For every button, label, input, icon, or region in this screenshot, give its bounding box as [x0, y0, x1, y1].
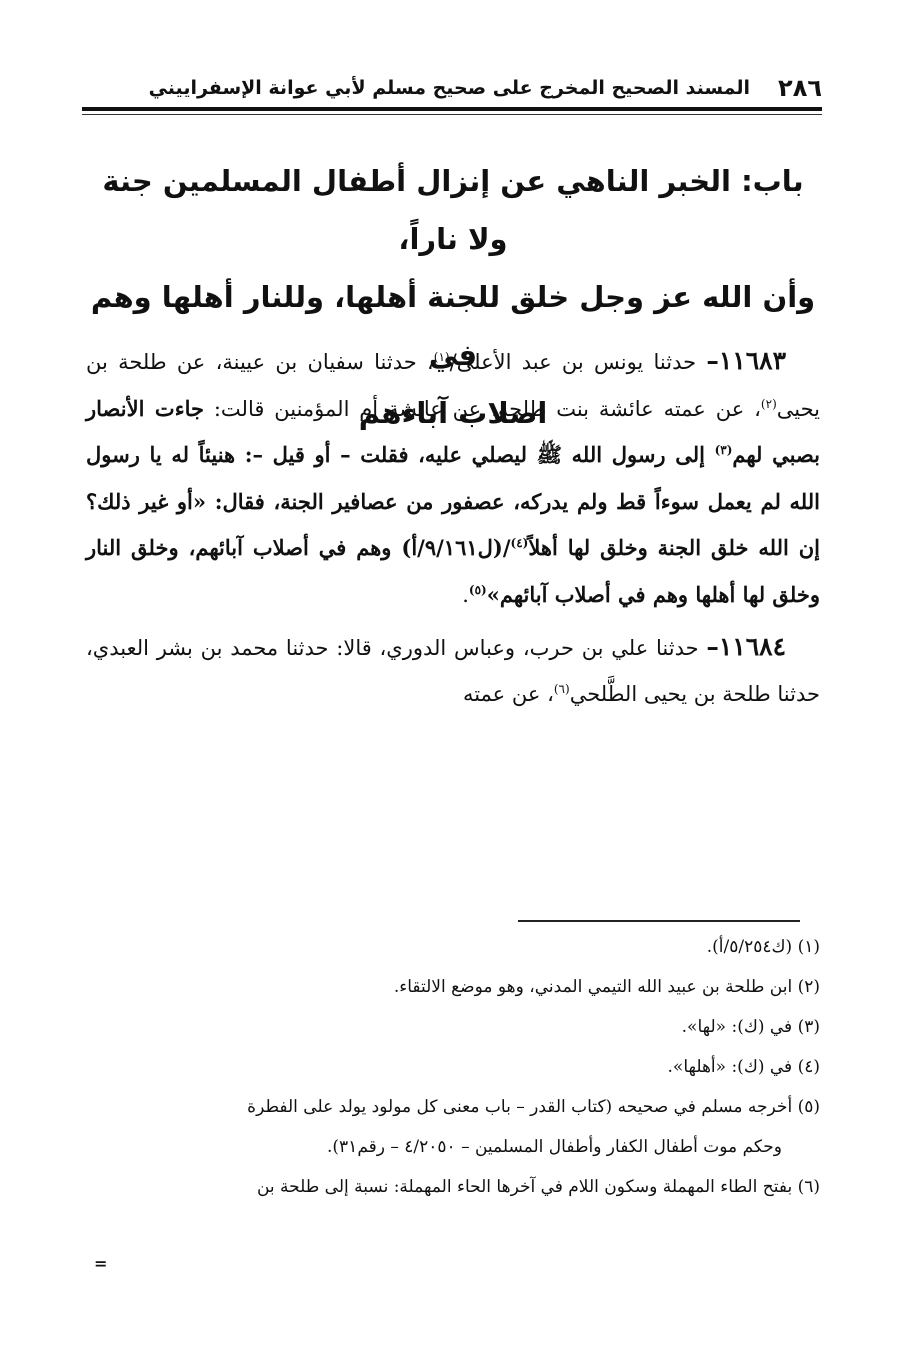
footnote-ref[interactable]: (٣) — [715, 443, 733, 457]
hadith-number: ١١٦٨٣– — [706, 346, 786, 375]
footnote-item: (١) (ك٥/٢٥٤/أ). — [86, 927, 820, 967]
manuscript-reference: /(ل٩/١٦١/أ) — [401, 535, 510, 560]
book-page: ٢٨٦ المسند الصحيح المخرج على صحيح مسلم ل… — [0, 0, 906, 1366]
header-rule-thin — [82, 114, 822, 115]
hadith-paragraph: ١١٦٨٣– حدثنا يونس بن عبد الأعلى/(١)، حدث… — [86, 338, 820, 618]
continuation-mark: = — [94, 1254, 107, 1273]
footnote-label: (٤) — [798, 1057, 820, 1077]
isnad-text: ، عن عمته عائشة بنت طلحة، عن عائشة أم ال… — [204, 397, 761, 421]
header-rule-thick — [82, 107, 822, 111]
hadith-paragraph: ١١٦٨٤– حدثنا علي بن حرب، وعباس الدوري، ق… — [86, 624, 820, 717]
running-header: ٢٨٦ المسند الصحيح المخرج على صحيح مسلم ل… — [82, 70, 822, 106]
footnote-item: (٥) أخرجه مسلم في صحيحه (كتاب القدر – با… — [86, 1087, 820, 1127]
footnote-text: في (ك): «لها». — [682, 1017, 793, 1037]
isnad-text: حدثنا يونس بن عبد الأعلى/ — [450, 350, 707, 374]
footnote-ref[interactable]: (٢) — [761, 397, 777, 411]
footnotes: (١) (ك٥/٢٥٤/أ). (٢) ابن طلحة بن عبيد الل… — [86, 927, 820, 1207]
footnote-ref[interactable]: (٥) — [469, 583, 487, 597]
footnote-text: ابن طلحة بن عبيد الله التيمي المدني، وهو… — [394, 977, 792, 997]
page-number: ٢٨٦ — [778, 74, 822, 102]
footnote-label: (١) — [798, 937, 820, 957]
footnote-text: بفتح الطاء المهملة وسكون اللام في آخرها … — [257, 1177, 792, 1197]
footnote-label: (٥) — [798, 1097, 820, 1117]
footnote-text: أخرجه مسلم في صحيحه (كتاب القدر – باب مع… — [247, 1097, 792, 1117]
footnote-text: (ك٥/٢٥٤/أ). — [707, 937, 792, 957]
footnote-ref[interactable]: (٤) — [511, 536, 529, 550]
footnote-separator — [518, 920, 800, 922]
footnote-ref[interactable]: (٦) — [554, 682, 570, 696]
period: . — [462, 583, 469, 607]
footnote-text: في (ك): «أهلها». — [668, 1057, 793, 1077]
footnote-label: (٦) — [798, 1177, 820, 1197]
footnote-ref[interactable]: (١) — [434, 350, 450, 364]
hadith-number: ١١٦٨٤– — [706, 632, 786, 661]
footnote-item: (٤) في (ك): «أهلها». — [86, 1047, 820, 1087]
running-title: المسند الصحيح المخرج على صحيح مسلم لأبي … — [149, 77, 750, 99]
footnote-item: (٦) بفتح الطاء المهملة وسكون اللام في آخ… — [86, 1167, 820, 1207]
footnote-label: (٣) — [798, 1017, 820, 1037]
main-text: ١١٦٨٣– حدثنا يونس بن عبد الأعلى/(١)، حدث… — [86, 338, 820, 723]
isnad-text: ، عن عمته — [463, 682, 554, 706]
footnote-label: (٢) — [798, 977, 820, 997]
footnote-continuation: وحكم موت أطفال الكفار وأطفال المسلمين – … — [86, 1127, 820, 1167]
footnote-item: (٣) في (ك): «لها». — [86, 1007, 820, 1047]
footnote-item: (٢) ابن طلحة بن عبيد الله التيمي المدني،… — [86, 967, 820, 1007]
chapter-title-line: باب: الخبر الناهي عن إنزال أطفال المسلمي… — [88, 152, 818, 268]
